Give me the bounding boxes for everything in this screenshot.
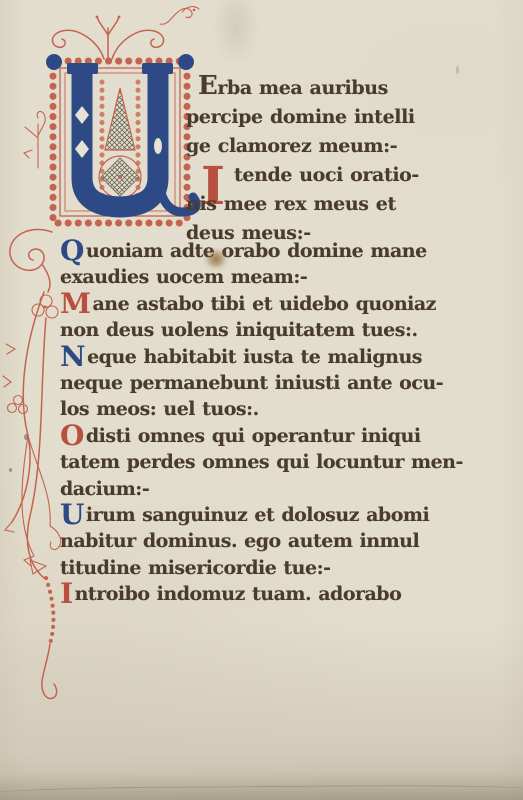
line-text: disti omnes qui operantur iniqui [86,425,421,447]
text-line: tende uoci oratio- [186,161,486,190]
line-text: ane astabo tibi et uidebo quoniaz [93,293,436,315]
penwork-top-squiggle [158,2,204,28]
text-line: Erba mea auribus [186,74,486,103]
line-text: percipe domine intelli [186,106,415,128]
parchment-fleck [456,66,459,74]
text-line: los meos: uel tuos:. [60,396,460,422]
psalm-text-block: Quoniam adte orabo domine maneexaudies u… [60,238,460,608]
text-line: Quoniam adte orabo domine mane [60,238,460,264]
line-text: exaudies uocem meam:- [60,266,307,288]
line-text: nis mee rex meus et [186,193,396,215]
line-text: Erba mea auribus [198,77,388,99]
line-text: nabitur dominus. ego autem inmul [60,530,419,552]
text-line: tatem perdes omnes qui locuntur men- [60,449,460,475]
text-line: dacium:- [60,476,460,502]
page-bottom-crease [0,784,523,799]
line-text: tatem perdes omnes qui locuntur men- [60,451,463,473]
text-line: Mane astabo tibi et uidebo quoniaz [60,291,460,317]
line-text: non deus uolens iniquitatem tues:. [60,319,418,341]
text-line: nis mee rex meus et [186,190,486,219]
opening-text-block: Erba mea auribuspercipe domine intellige… [186,74,486,248]
manuscript-page: V I Erba mea auribuspercipe domine intel… [0,0,523,800]
line-text: los meos: uel tuos:. [60,398,259,420]
line-text: dacium:- [60,478,149,500]
text-line: Introibo indomuz tuam. adorabo [60,581,460,607]
line-text: eque habitabit iusta te malignus [87,346,422,368]
text-line: non deus uolens iniquitatem tues:. [60,317,460,343]
text-line: titudine misericordie tue:- [60,555,460,581]
line-text: neque permanebunt iniusti ante ocu- [60,372,443,394]
page-bottom-shadow [0,772,523,800]
text-line: ge clamorez meum:- [186,132,486,161]
text-line: nabitur dominus. ego autem inmul [60,528,460,554]
line-text: ntroibo indomuz tuam. adorabo [75,583,402,605]
text-line: exaudies uocem meam:- [60,264,460,290]
line-text: uoniam adte orabo domine mane [86,240,427,262]
illuminated-drop-cap [42,50,198,236]
text-line: neque permanebunt iniusti ante ocu- [60,370,460,396]
penwork-margin-flourish [0,226,70,730]
text-line: percipe domine intelli [186,103,486,132]
text-line: Neque habitabit iusta te malignus [60,344,460,370]
line-text: titudine misericordie tue:- [60,557,330,579]
line-text: tende uoci oratio- [234,164,419,186]
drop-cap-interior-ornament [99,82,141,200]
manuscript-photo: { "manuscript": { "kind": "Illuminated p… [0,0,523,800]
line-text: irum sanguinuz et dolosuz abomi [86,504,429,526]
text-line: Uirum sanguinuz et dolosuz abomi [60,502,460,528]
line-text: ge clamorez meum:- [186,135,397,157]
enlarged-first-letter: E [198,71,217,101]
text-line: Odisti omnes qui operantur iniqui [60,423,460,449]
